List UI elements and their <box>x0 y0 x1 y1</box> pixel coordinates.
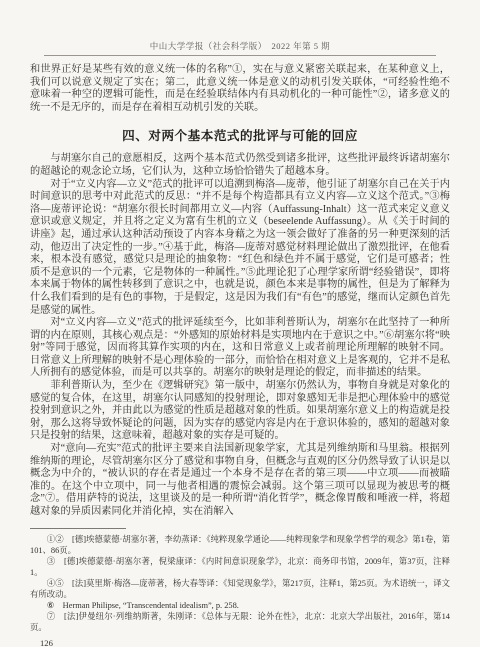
footnote-item: ⑥ Herman Philipse, “Transcendental ideal… <box>30 600 450 611</box>
body-paragraph: 对于“立义内容—立义”范式的批评可以追溯到梅洛—庞蒂，他引证了胡塞尔自己在关于内… <box>30 179 450 318</box>
article-body: 和世界正好是某些有效的意义统一体的名称”①，实在与意义紧密关联起来，在某种意义上… <box>30 64 450 519</box>
footnote-item: ⑦ [法]伊曼纽尔·列维纳斯著，朱刚译：《总体与无限：论外在性》，北京：北京大学… <box>30 611 450 633</box>
journal-page: 中山大学学报（社会科学版） 2022 年第 5 期 和世界正好是某些有效的意义统… <box>0 0 480 647</box>
footnote-item: ④⑤ [法]莫里斯·梅洛—庞蒂著，杨大春等译：《知觉现象学》，第217页，注释1… <box>30 578 450 600</box>
body-paragraph: 对“立义内容—立义”范式的批评延续至今，比如菲利普斯认为，胡塞尔在此坚持了一种所… <box>30 317 450 380</box>
running-head: 中山大学学报（社会科学版） 2022 年第 5 期 <box>30 40 450 52</box>
body-paragraph: 和世界正好是某些有效的意义统一体的名称”①，实在与意义紧密关联起来，在某种意义上… <box>30 64 450 114</box>
page-number: 126 <box>40 638 450 647</box>
header-rule <box>44 55 436 56</box>
running-head-text: 中山大学学报（社会科学版） 2022 年第 5 期 <box>150 41 330 51</box>
footnote-item: ①② [德]埃德蒙德·胡塞尔著，李幼蒸译：《纯粹现象学通论——纯粹现象学和现象学… <box>30 534 450 556</box>
body-paragraph: 菲利普斯认为，至少在《逻辑研究》第一版中，胡塞尔仍然认为，事物自身就是对象化的感… <box>30 380 450 443</box>
section-heading: 四、对两个基本范式的批评与可能的回应 <box>30 125 450 144</box>
body-paragraph: 对“意向—充实”范式的批评主要来自法国新现象学家，尤其是列维纳斯和马里翁。根据列… <box>30 443 450 519</box>
footnote-item: ③ [德]埃德蒙德·胡塞尔著，倪梁康译：《内时间意识现象学》，北京：商务印书馆，… <box>30 556 450 578</box>
body-paragraph: 与胡塞尔自己的意愿相反，这两个基本范式仍然受到诸多批评，这些批评最终诉诸胡塞尔的… <box>30 153 450 178</box>
footnotes: ①② [德]埃德蒙德·胡塞尔著，李幼蒸译：《纯粹现象学通论——纯粹现象学和现象学… <box>30 534 450 633</box>
footnote-separator <box>30 528 126 529</box>
